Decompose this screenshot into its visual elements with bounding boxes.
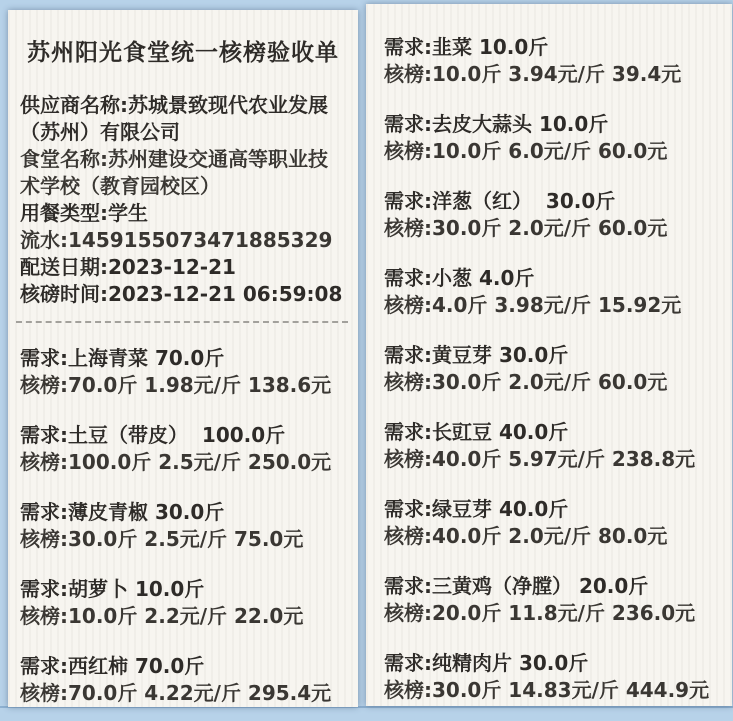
item-weigh-line: 核榜:70.0斤 4.22元/斤 295.4元 <box>20 680 354 707</box>
item-block: 需求:长豇豆 40.0斤 核榜:40.0斤 5.97元/斤 238.8元 <box>384 419 728 473</box>
item-weigh-line: 核榜:30.0斤 2.0元/斤 60.0元 <box>384 369 728 396</box>
item-block: 需求:小葱 4.0斤 核榜:4.0斤 3.98元/斤 15.92元 <box>384 265 728 319</box>
canteen-name-line-2: 术学校（教育园校区） <box>20 173 354 200</box>
item-demand-line: 需求:薄皮青椒 30.0斤 <box>20 499 354 526</box>
item-demand-line: 需求:去皮大蒜头 10.0斤 <box>384 111 728 138</box>
item-demand-line: 需求:西红柿 70.0斤 <box>20 653 354 680</box>
item-demand-line: 需求:胡萝卜 10.0斤 <box>20 576 354 603</box>
item-weigh-line: 核榜:10.0斤 6.0元/斤 60.0元 <box>384 138 728 165</box>
left-receipt: 苏州阳光食堂统一核榜验收单 供应商名称:苏城景致现代农业发展 （苏州）有限公司 … <box>8 10 358 707</box>
item-demand-line: 需求:韭菜 10.0斤 <box>384 34 728 61</box>
item-demand-line: 需求:三黄鸡（净膛） 20.0斤 <box>384 573 728 600</box>
item-block: 需求:三黄鸡（净膛） 20.0斤 核榜:20.0斤 11.8元/斤 236.0元 <box>384 573 728 627</box>
dashed-separator <box>16 321 348 323</box>
item-demand-line: 需求:土豆（带皮） 100.0斤 <box>20 422 354 449</box>
item-block: 需求:黄豆芽 30.0斤 核榜:30.0斤 2.0元/斤 60.0元 <box>384 342 728 396</box>
supplier-name-line-1: 供应商名称:苏城景致现代农业发展 <box>20 92 354 119</box>
item-weigh-line: 核榜:4.0斤 3.98元/斤 15.92元 <box>384 292 728 319</box>
item-demand-line: 需求:黄豆芽 30.0斤 <box>384 342 728 369</box>
item-demand-line: 需求:长豇豆 40.0斤 <box>384 419 728 446</box>
canteen-name-line-1: 食堂名称:苏州建设交通高等职业技 <box>20 146 354 173</box>
item-block: 需求:绿豆芽 40.0斤 核榜:40.0斤 2.0元/斤 80.0元 <box>384 496 728 550</box>
item-block: 需求:纯精肉片 30.0斤 核榜:30.0斤 14.83元/斤 444.9元 <box>384 650 728 704</box>
item-weigh-line: 核榜:30.0斤 2.0元/斤 60.0元 <box>384 215 728 242</box>
item-block: 需求:胡萝卜 10.0斤 核榜:10.0斤 2.2元/斤 22.0元 <box>20 576 354 630</box>
item-block: 需求:洋葱（红） 30.0斤 核榜:30.0斤 2.0元/斤 60.0元 <box>384 188 728 242</box>
serial-number-line: 流水:1459155073471885329 <box>20 227 354 254</box>
right-item-list: 需求:韭菜 10.0斤 核榜:10.0斤 3.94元/斤 39.4元 需求:去皮… <box>384 34 728 704</box>
left-item-list: 需求:上海青菜 70.0斤 核榜:70.0斤 1.98元/斤 138.6元 需求… <box>20 345 354 707</box>
right-receipt: 需求:韭菜 10.0斤 核榜:10.0斤 3.94元/斤 39.4元 需求:去皮… <box>366 4 732 706</box>
item-block: 需求:韭菜 10.0斤 核榜:10.0斤 3.94元/斤 39.4元 <box>384 34 728 88</box>
weigh-time-line: 核磅时间:2023-12-21 06:59:08 <box>20 281 354 308</box>
item-block: 需求:上海青菜 70.0斤 核榜:70.0斤 1.98元/斤 138.6元 <box>20 345 354 399</box>
receipt-title: 苏州阳光食堂统一核榜验收单 <box>14 38 352 68</box>
item-weigh-line: 核榜:40.0斤 2.0元/斤 80.0元 <box>384 523 728 550</box>
item-weigh-line: 核榜:100.0斤 2.5元/斤 250.0元 <box>20 449 354 476</box>
item-weigh-line: 核榜:70.0斤 1.98元/斤 138.6元 <box>20 372 354 399</box>
item-demand-line: 需求:绿豆芽 40.0斤 <box>384 496 728 523</box>
item-block: 需求:去皮大蒜头 10.0斤 核榜:10.0斤 6.0元/斤 60.0元 <box>384 111 728 165</box>
item-weigh-line: 核榜:10.0斤 2.2元/斤 22.0元 <box>20 603 354 630</box>
item-demand-line: 需求:上海青菜 70.0斤 <box>20 345 354 372</box>
item-demand-line: 需求:小葱 4.0斤 <box>384 265 728 292</box>
item-weigh-line: 核榜:40.0斤 5.97元/斤 238.8元 <box>384 446 728 473</box>
item-weigh-line: 核榜:30.0斤 2.5元/斤 75.0元 <box>20 526 354 553</box>
item-demand-line: 需求:洋葱（红） 30.0斤 <box>384 188 728 215</box>
scan-background: 苏州阳光食堂统一核榜验收单 供应商名称:苏城景致现代农业发展 （苏州）有限公司 … <box>0 0 733 721</box>
item-weigh-line: 核榜:10.0斤 3.94元/斤 39.4元 <box>384 61 728 88</box>
supplier-name-line-2: （苏州）有限公司 <box>20 119 354 146</box>
meal-type-line: 用餐类型:学生 <box>20 200 354 227</box>
receipt-header: 供应商名称:苏城景致现代农业发展 （苏州）有限公司 食堂名称:苏州建设交通高等职… <box>20 92 354 308</box>
delivery-date-line: 配送日期:2023-12-21 <box>20 254 354 281</box>
item-weigh-line: 核榜:20.0斤 11.8元/斤 236.0元 <box>384 600 728 627</box>
item-block: 需求:西红柿 70.0斤 核榜:70.0斤 4.22元/斤 295.4元 <box>20 653 354 707</box>
item-weigh-line: 核榜:30.0斤 14.83元/斤 444.9元 <box>384 677 728 704</box>
item-block: 需求:土豆（带皮） 100.0斤 核榜:100.0斤 2.5元/斤 250.0元 <box>20 422 354 476</box>
item-block: 需求:薄皮青椒 30.0斤 核榜:30.0斤 2.5元/斤 75.0元 <box>20 499 354 553</box>
item-demand-line: 需求:纯精肉片 30.0斤 <box>384 650 728 677</box>
